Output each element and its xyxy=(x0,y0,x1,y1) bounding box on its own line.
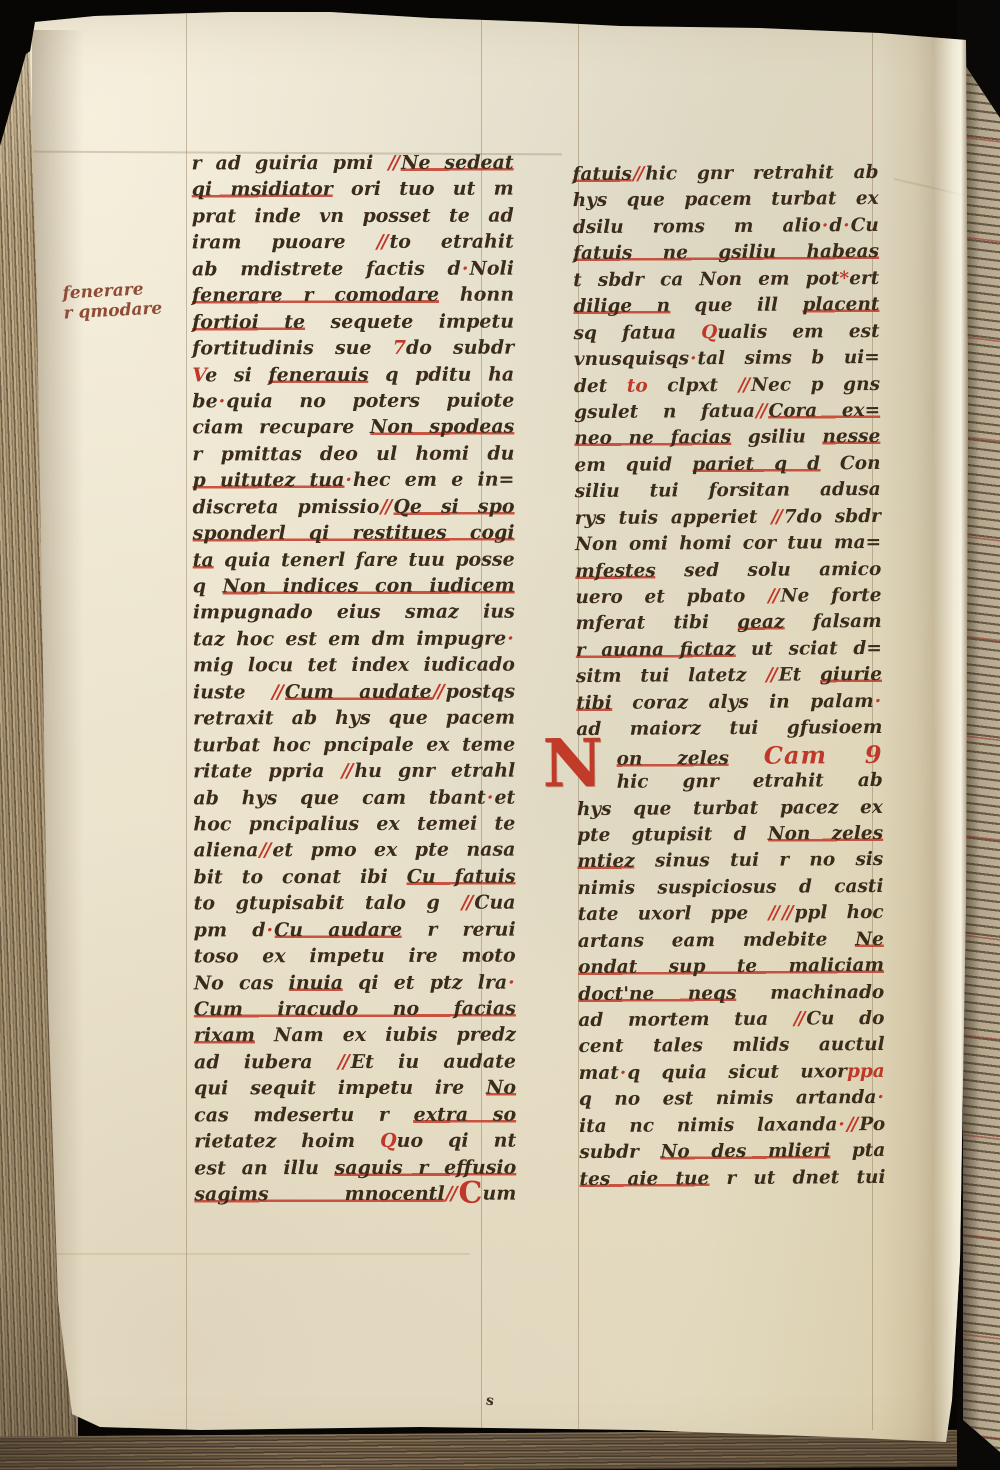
text-line: fatuis ne gsiliu habeas xyxy=(573,239,879,268)
text-line: em quid pariet q d Con xyxy=(574,451,880,480)
text-line: artans eam mdebite Ne xyxy=(578,927,884,956)
text-line: doct'ne neqs machinado xyxy=(578,979,884,1008)
manuscript-photo: fenerare r qmodare r ad guiria pmi //Ne … xyxy=(0,0,1000,1470)
text-line: discreta pmissio//Qe si spo xyxy=(193,493,515,520)
text-line: mig locu tet index iudicado xyxy=(193,652,515,679)
text-column-left: r ad guiria pmi //Ne sedeatqi msidiator … xyxy=(192,150,517,1208)
text-line: subdr No des mlieri pta xyxy=(579,1138,885,1167)
text-line: dilige n que ill placent xyxy=(573,292,879,321)
text-line: prat inde vn posset te ad xyxy=(192,202,514,229)
text-line: gsulet n fatua//Cora ex= xyxy=(574,398,880,427)
text-line: rixam Nam ex iubis predz xyxy=(194,1022,516,1049)
text-line: r pmittas deo ul homi du xyxy=(192,440,514,467)
text-line: sq fatua Qualis em est xyxy=(574,319,880,348)
text-line: pte gtupisit d Non zeles xyxy=(577,821,883,850)
text-line: ondat sup te maliciam xyxy=(578,953,884,982)
text-line: vnusquisqs·tal sims b ui= xyxy=(574,345,880,374)
text-line: qui sequit impetu ire No xyxy=(194,1075,516,1102)
text-line: turbat hoc pncipale ex teme xyxy=(193,731,515,758)
text-line: mferat tibi geaz falsam xyxy=(576,609,882,638)
text-line: taz hoc est em dm impugre· xyxy=(193,625,515,652)
text-line: mfestes sed solu amico xyxy=(575,556,881,585)
text-line: sponderl qi restitues cogi xyxy=(193,520,515,547)
text-line: on zeles Cam 9 xyxy=(576,742,882,771)
text-line: Ve si fenerauis q pditu ha xyxy=(192,361,514,388)
text-line: ritate ppria //hu gnr etrahl xyxy=(193,758,515,785)
text-line: p uitutez tua·hec em e in= xyxy=(192,467,514,494)
text-line: uero et pbato //Ne forte xyxy=(575,583,881,612)
marginal-note: fenerare r qmodare xyxy=(62,278,163,323)
text-line: rys tuis apperiet //7do sbdr xyxy=(575,504,881,533)
text-line: fenerare r comodare honn xyxy=(192,282,514,309)
text-line: ciam recupare Non spodeas xyxy=(192,414,514,441)
text-line: No cas inuia qi et ptz lra· xyxy=(194,969,516,996)
text-line: ita nc nimis laxanda·//Po xyxy=(579,1112,885,1141)
text-line: iuste //Cum audate//postqs xyxy=(193,678,515,705)
text-line: tate uxorl ppe ////ppl hoc xyxy=(578,900,884,929)
text-line: Non omi homi cor tuu ma= xyxy=(575,530,881,559)
text-line: be·quia no poters puiote xyxy=(192,388,514,415)
drop-cap-initial: N xyxy=(542,735,603,791)
text-line: ad iubera //Et iu audate xyxy=(194,1048,516,1075)
text-line: ab mdistrete factis d·Noli xyxy=(192,255,514,282)
text-line: fortioi te sequete impetu xyxy=(192,308,514,335)
text-line: r auana fictaz ut sciat d= xyxy=(576,636,882,665)
text-line: pm d·Cu audare r rerui xyxy=(194,916,516,943)
text-line: fatuis//hic gnr retrahit ab xyxy=(572,160,878,189)
page-curl-highlight xyxy=(878,0,968,1452)
text-line: nimis suspiciosus d casti xyxy=(577,874,883,903)
text-line: ab hys que cam tbant·et xyxy=(193,784,515,811)
adjacent-page-text xyxy=(963,0,1000,1452)
text-line: hoc pncipalius ex temei te xyxy=(193,811,515,838)
text-line: aliena//et pmo ex pte nasa xyxy=(193,837,515,864)
text-line: mat·q quia sicut uxorppa xyxy=(579,1059,885,1088)
text-line: iram puoare //to etrahit xyxy=(192,229,514,256)
text-line: tes aie tue r ut dnet tui xyxy=(579,1165,885,1194)
text-line: mtiez sinus tui r no sis xyxy=(577,847,883,876)
text-line: q no est nimis artanda· xyxy=(579,1085,885,1114)
text-line: cas mdesertu r extra so xyxy=(194,1101,516,1128)
text-line: fortitudinis sue 7do subdr xyxy=(192,335,514,362)
text-line: hys que pacem turbat ex xyxy=(573,186,879,215)
text-line: hys que turbat pacez ex xyxy=(577,794,883,823)
text-line: toso ex impetu ire moto xyxy=(194,943,516,970)
text-line: r ad guiria pmi //Ne sedeat xyxy=(192,150,514,177)
text-line: cent tales mlids auctul xyxy=(578,1032,884,1061)
text-line: retraxit ab hys que pacem xyxy=(193,705,515,732)
text-line: tibi coraz alys in palam· xyxy=(576,689,882,718)
text-line: det to clpxt //Nec p gns xyxy=(574,371,880,400)
text-column-right: N fatuis//hic gnr retrahit abhys que pac… xyxy=(572,160,885,1193)
text-line: qi msidiator ori tuo ut m xyxy=(192,176,514,203)
text-line: ta quia tenerl fare tuu posse xyxy=(193,546,515,573)
ruling-line-1 xyxy=(186,14,187,1434)
text-line: t sbdr ca Non em pot*ert xyxy=(573,266,879,295)
text-line: sagims mnocentl//Cum xyxy=(194,1181,516,1208)
main-page: fenerare r qmodare r ad guiria pmi //Ne … xyxy=(0,0,1000,1470)
text-line: dsilu roms m alio·d·Cu xyxy=(573,213,879,242)
crease-bottom xyxy=(30,1253,470,1255)
chapter-heading: Cam 9 xyxy=(764,740,883,770)
text-line: neo ne facias gsiliu nesse xyxy=(574,424,880,453)
text-line: hic gnr etrahit ab xyxy=(577,768,883,797)
text-line: siliu tui forsitan adusa xyxy=(575,477,881,506)
text-line: bit to conat ibi Cu fatuis xyxy=(193,863,515,890)
text-line: rietatez hoim Quo qi nt xyxy=(194,1128,516,1155)
text-line: ad mortem tua //Cu do xyxy=(578,1006,884,1035)
text-line: impugnado eius smaz ius xyxy=(193,599,515,626)
text-line: to gtupisabit talo g //Cua xyxy=(194,890,516,917)
text-line: q Non indices con iudicem xyxy=(193,573,515,600)
text-line: Cum iracudo no facias xyxy=(194,996,516,1023)
text-line: sitm tui latetz //Et giurie xyxy=(576,662,882,691)
